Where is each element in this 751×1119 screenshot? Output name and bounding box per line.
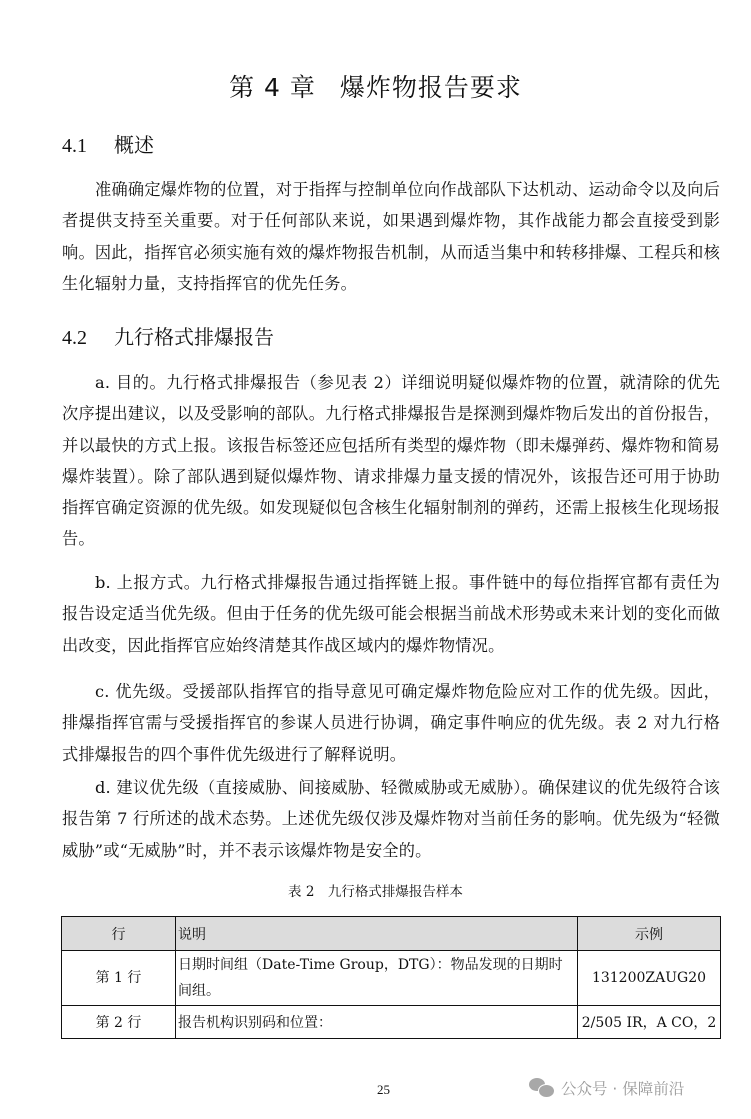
section-title: 概述: [114, 133, 154, 157]
cell-line: 第 1 行: [62, 951, 176, 1006]
table-row: 第 2 行 报告机构识别码和位置： 2/505 IR，A CO，2: [62, 1006, 721, 1039]
chapter-name: 爆炸物报告要求: [340, 73, 522, 102]
header-line: 行: [62, 917, 176, 951]
cell-example: 2/505 IR，A CO，2: [578, 1006, 721, 1039]
cell-example: 131200ZAUG20: [578, 951, 721, 1006]
table-caption: 表 2 九行格式排爆报告样本: [0, 882, 751, 902]
section-heading-4-2: 4.2九行格式排爆报告: [62, 323, 274, 352]
wechat-icon: [529, 1078, 555, 1098]
nine-line-report-table: 行 说明 示例 第 1 行 日期时间组（Date-Time Group，DTG）…: [61, 916, 721, 1039]
page-number: 25: [377, 1082, 390, 1098]
chapter-title: 第 4 章爆炸物报告要求: [0, 71, 751, 105]
section-heading-4-1: 4.1概述: [62, 131, 154, 160]
overview-paragraph: 准确确定爆炸物的位置，对于指挥与控制单位向作战部队下达机动、运动命令以及向后者提…: [62, 174, 720, 299]
table-header-row: 行 说明 示例: [62, 917, 721, 951]
paragraph-priority: c. 优先级。受援部队指挥官的指导意见可确定爆炸物危险应对工作的优先级。因此，排…: [62, 676, 720, 770]
header-description: 说明: [176, 917, 578, 951]
cell-description: 日期时间组（Date-Time Group，DTG）：物品发现的日期时间组。: [176, 951, 578, 1006]
paragraph-recommended-priority: d. 建议优先级（直接威胁、间接威胁、轻微威胁或无威胁）。确保建议的优先级符合该…: [62, 772, 720, 866]
table-row: 第 1 行 日期时间组（Date-Time Group，DTG）：物品发现的日期…: [62, 951, 721, 1006]
watermark: 公众号 · 保障前沿: [529, 1073, 684, 1103]
chapter-number: 第 4 章: [229, 73, 316, 102]
paragraph-reporting-method: b. 上报方式。九行格式排爆报告通过指挥链上报。事件链中的每位指挥官都有责任为报…: [62, 567, 720, 661]
cell-description: 报告机构识别码和位置：: [176, 1006, 578, 1039]
paragraph-purpose: a. 目的。九行格式排爆报告（参见表 2）详细说明疑似爆炸物的位置，就清除的优先…: [62, 367, 720, 555]
section-title: 九行格式排爆报告: [114, 325, 274, 349]
section-number: 4.1: [62, 132, 114, 160]
section-number: 4.2: [62, 324, 114, 352]
header-example: 示例: [578, 917, 721, 951]
watermark-text: 公众号 · 保障前沿: [561, 1077, 684, 1099]
cell-line: 第 2 行: [62, 1006, 176, 1039]
